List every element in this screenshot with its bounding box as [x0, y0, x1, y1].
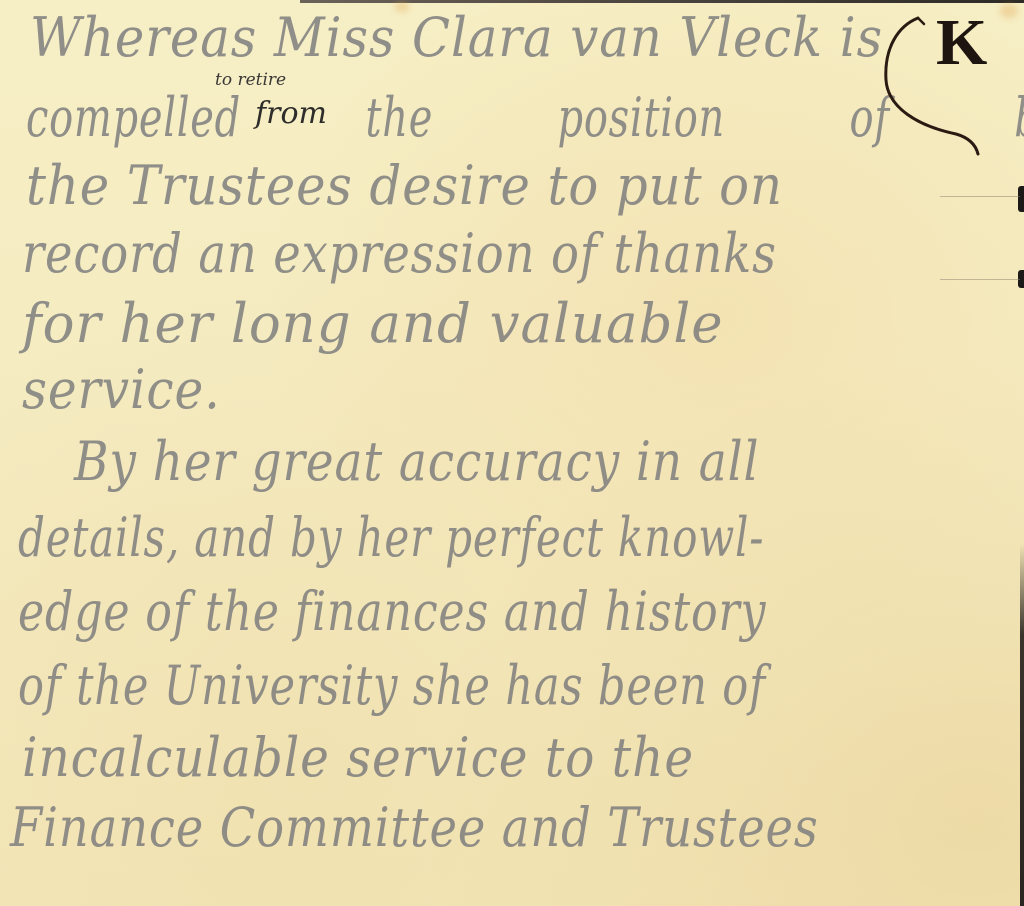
margin-letter-k: K [936, 10, 987, 76]
text-line-9: edge of the finances and history [18, 580, 766, 643]
paper-tab-mark [1018, 186, 1024, 212]
text-line-7: By her great accuracy in all [74, 430, 759, 493]
text-line-5: for her long and valuable [22, 292, 724, 355]
text-line-12: Finance Committee and Trustees [10, 796, 819, 859]
text-line-4: record an expression of thanks [22, 222, 777, 285]
text-line-1: Whereas Miss Clara van Vleck is [30, 6, 883, 69]
text-line-6: service. [22, 358, 221, 421]
text-line-2: compelled the position of bookkeeper [26, 86, 1024, 149]
text-line-11: incalculable service to the [22, 726, 694, 789]
scan-top-edge [300, 0, 1024, 3]
paper-crease [940, 196, 1020, 197]
text-line-3: the Trustees desire to put on [26, 154, 783, 217]
paper-stain [1000, 4, 1018, 18]
text-line-8: details, and by her perfect knowl- [18, 506, 764, 569]
text-line-10: of the University she has been of [18, 654, 766, 717]
paper-crease [940, 279, 1020, 280]
